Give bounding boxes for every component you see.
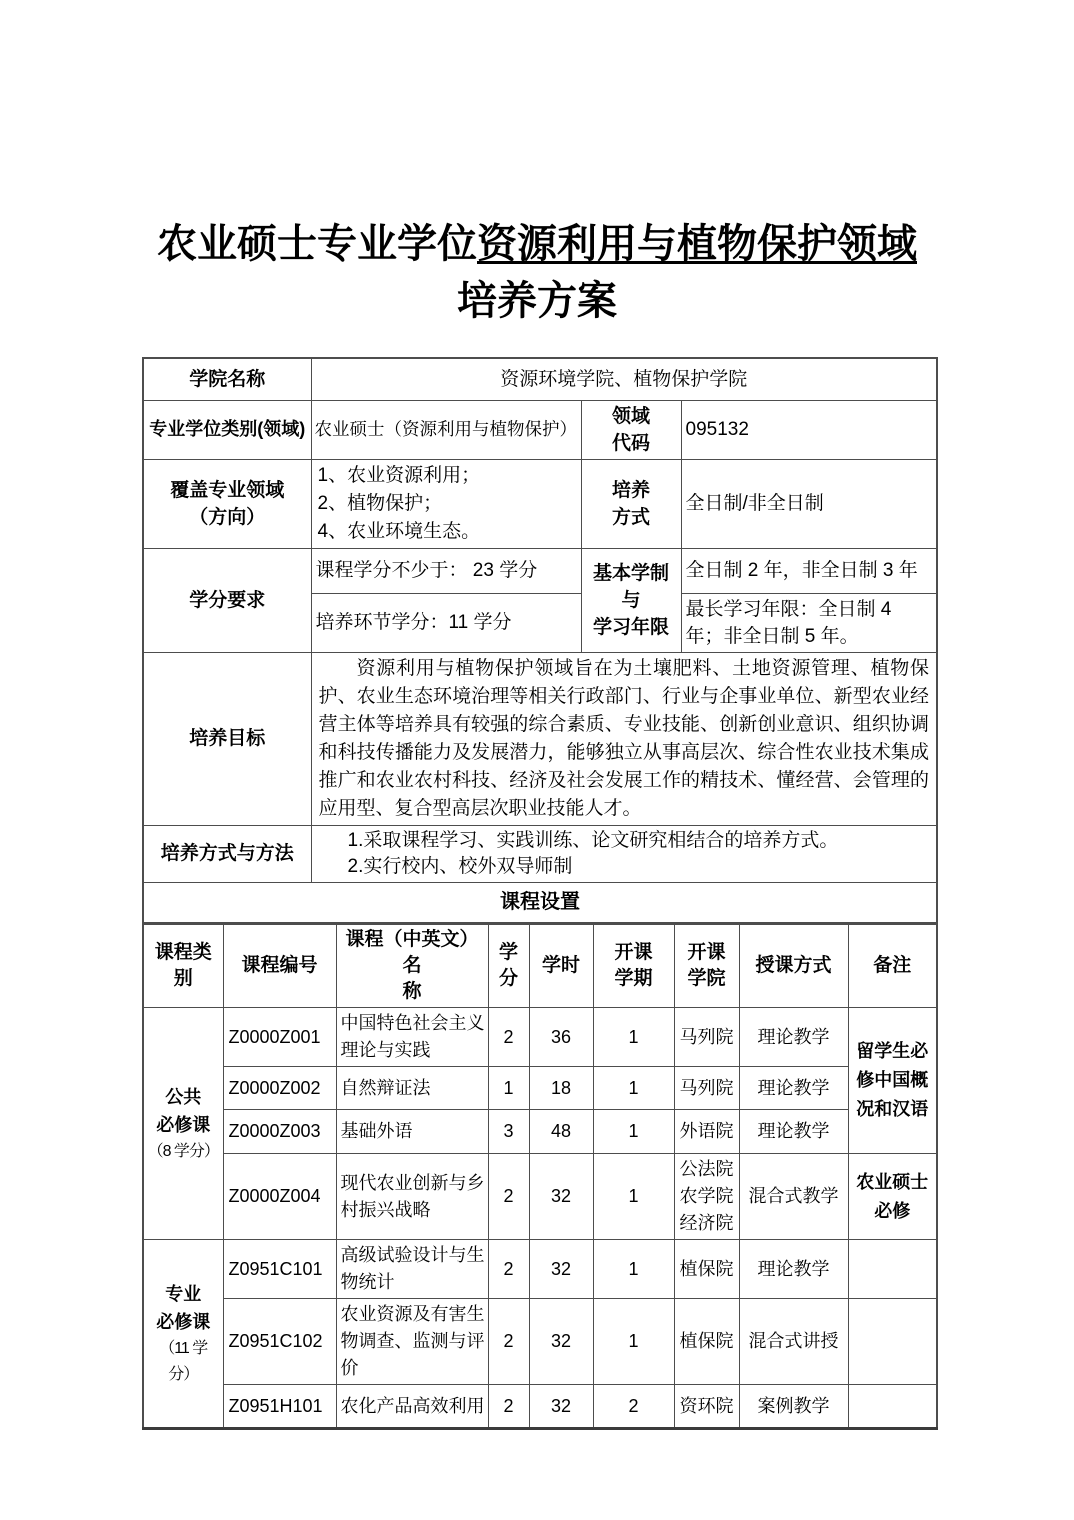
title-line-2: 培养方案 (0, 273, 1074, 330)
info-row-methods: 培养方式与方法 1.采取课程学习、实践训练、论文研究相结合的培养方式。 2.实行… (143, 825, 937, 882)
group-label: 公共 必修课 (145, 1083, 222, 1139)
header-semester: 开课 学期 (593, 924, 674, 1008)
course-semester: 1 (593, 1299, 674, 1385)
course-row: Z0000Z003 基础外语 3 48 1 外语院 理论教学 (143, 1110, 937, 1154)
header-course-name: 课程（中英文）名 称 (336, 924, 488, 1008)
course-method: 理论教学 (739, 1067, 848, 1110)
course-code: Z0951C101 (223, 1240, 336, 1299)
course-remark (848, 1240, 937, 1299)
course-hours: 32 (529, 1240, 593, 1299)
header-college: 开课 学院 (674, 924, 739, 1008)
course-hours: 32 (529, 1385, 593, 1429)
document-page: 农业硕士专业学位资源利用与植物保护领域 培养方案 学院名称 资源环境学院、植物保… (0, 0, 1074, 1520)
course-credits: 1 (488, 1067, 529, 1110)
course-credits: 2 (488, 1299, 529, 1385)
course-semester: 1 (593, 1110, 674, 1154)
course-college: 外语院 (674, 1110, 739, 1154)
course-credits: 2 (488, 1008, 529, 1067)
title-line-1: 农业硕士专业学位资源利用与植物保护领域 (0, 216, 1074, 273)
info-row-objective: 培养目标 资源利用与植物保护领域旨在为土壤肥料、土地资源管理、植物保护、农业生态… (143, 652, 937, 825)
course-code: Z0000Z001 (223, 1008, 336, 1067)
field-code-label: 领域 代码 (581, 400, 681, 459)
course-credits: 2 (488, 1154, 529, 1240)
course-semester: 1 (593, 1154, 674, 1240)
info-row-college: 学院名称 资源环境学院、植物保护学院 (143, 358, 937, 400)
course-group-public-required: 公共 必修课 （8 学分） (143, 1008, 223, 1240)
coverage-fields-list: 1、农业资源利用； 2、植物保护； 4、农业环境生态。 (311, 459, 581, 548)
courses-table: 课程类别 课程编号 课程（中英文）名 称 学 分 学时 开课 学期 开课 学院 … (142, 923, 938, 1430)
course-college: 植保院 (674, 1299, 739, 1385)
course-row: 专业 必修课 （11 学 分） Z0951C101 高级试验设计与生物统计 2 … (143, 1240, 937, 1299)
title-underlined-field: 资源利用与植物保护领域 (477, 222, 917, 266)
group-label: 专业 必修课 (145, 1280, 222, 1336)
course-method: 混合式讲授 (739, 1299, 848, 1385)
course-name: 自然辩证法 (336, 1067, 488, 1110)
info-table: 学院名称 资源环境学院、植物保护学院 专业学位类别(领域) 农业硕士（资源利用与… (142, 357, 938, 924)
course-semester: 2 (593, 1385, 674, 1429)
tables-container: 学院名称 资源环境学院、植物保护学院 专业学位类别(领域) 农业硕士（资源利用与… (142, 357, 936, 1430)
course-method: 理论教学 (739, 1110, 848, 1154)
course-semester: 1 (593, 1067, 674, 1110)
course-credits: 3 (488, 1110, 529, 1154)
document-title: 农业硕士专业学位资源利用与植物保护领域 培养方案 (0, 216, 1074, 330)
degree-category-label: 专业学位类别(领域) (143, 400, 311, 459)
course-college: 公法院 农学院 经济院 (674, 1154, 739, 1240)
credit-requirement-label: 学分要求 (143, 548, 311, 652)
coverage-fields-label: 覆盖专业领域 （方向） (143, 459, 311, 548)
course-remark (848, 1385, 937, 1429)
college-name-value: 资源环境学院、植物保护学院 (311, 358, 937, 400)
group-credits-note: （11 学 分） (145, 1336, 222, 1388)
course-college: 马列院 (674, 1067, 739, 1110)
title-line2-text: 培养方案 (457, 279, 617, 323)
course-name: 基础外语 (336, 1110, 488, 1154)
course-hours: 32 (529, 1299, 593, 1385)
group-credits-note: （8 学分） (145, 1139, 222, 1165)
course-row: Z0000Z002 自然辩证法 1 18 1 马列院 理论教学 (143, 1067, 937, 1110)
info-row-coverage: 覆盖专业领域 （方向） 1、农业资源利用； 2、植物保护； 4、农业环境生态。 … (143, 459, 937, 548)
field-code-value: 095132 (681, 400, 937, 459)
header-course-code: 课程编号 (223, 924, 336, 1008)
course-remark: 农业硕士必修 (848, 1154, 937, 1240)
course-hours: 48 (529, 1110, 593, 1154)
course-remark (848, 1299, 937, 1385)
course-row: Z0000Z004 现代农业创新与乡村振兴战略 2 32 1 公法院 农学院 经… (143, 1154, 937, 1240)
course-row: 公共 必修课 （8 学分） Z0000Z001 中国特色社会主义理论与实践 2 … (143, 1008, 937, 1067)
course-remark: 留学生必修中国概况和汉语 (848, 1008, 937, 1154)
course-credits: 2 (488, 1240, 529, 1299)
course-hours: 18 (529, 1067, 593, 1110)
header-teaching-method: 授课方式 (739, 924, 848, 1008)
course-setup-section-title: 课程设置 (143, 882, 937, 923)
course-code: Z0951C102 (223, 1299, 336, 1385)
course-credits-value: 课程学分不少于： 23 学分 (311, 548, 581, 593)
course-method: 理论教学 (739, 1240, 848, 1299)
course-code: Z0951H101 (223, 1385, 336, 1429)
schedule-basic-value: 全日制 2 年，非全日制 3 年 (681, 548, 937, 593)
course-semester: 1 (593, 1008, 674, 1067)
courses-header-row: 课程类别 课程编号 课程（中英文）名 称 学 分 学时 开课 学期 开课 学院 … (143, 924, 937, 1008)
info-row-section-header: 课程设置 (143, 882, 937, 923)
course-name: 现代农业创新与乡村振兴战略 (336, 1154, 488, 1240)
course-name: 中国特色社会主义理论与实践 (336, 1008, 488, 1067)
college-name-label: 学院名称 (143, 358, 311, 400)
course-hours: 32 (529, 1154, 593, 1240)
course-method: 混合式教学 (739, 1154, 848, 1240)
header-credits: 学 分 (488, 924, 529, 1008)
objective-text: 资源利用与植物保护领域旨在为土壤肥料、土地资源管理、植物保护、农业生态环境治理等… (311, 652, 937, 825)
course-name: 高级试验设计与生物统计 (336, 1240, 488, 1299)
study-mode-label: 培养 方式 (581, 459, 681, 548)
course-code: Z0000Z003 (223, 1110, 336, 1154)
methods-text: 1.采取课程学习、实践训练、论文研究相结合的培养方式。 2.实行校内、校外双导师… (311, 825, 937, 882)
methods-label: 培养方式与方法 (143, 825, 311, 882)
course-method: 案例教学 (739, 1385, 848, 1429)
course-name: 农业资源及有害生物调查、监测与评价 (336, 1299, 488, 1385)
info-row-credits-1: 学分要求 课程学分不少于： 23 学分 基本学制与 学习年限 全日制 2 年，非… (143, 548, 937, 593)
degree-category-value: 农业硕士（资源利用与植物保护） (311, 400, 581, 459)
course-method: 理论教学 (739, 1008, 848, 1067)
course-name: 农化产品高效利用 (336, 1385, 488, 1429)
training-credits-value: 培养环节学分：11 学分 (311, 593, 581, 652)
header-remark: 备注 (848, 924, 937, 1008)
schedule-label: 基本学制与 学习年限 (581, 548, 681, 652)
course-credits: 2 (488, 1385, 529, 1429)
course-group-major-required: 专业 必修课 （11 学 分） (143, 1240, 223, 1429)
course-hours: 36 (529, 1008, 593, 1067)
course-row: Z0951H101 农化产品高效利用 2 32 2 资环院 案例教学 (143, 1385, 937, 1429)
course-college: 马列院 (674, 1008, 739, 1067)
header-hours: 学时 (529, 924, 593, 1008)
title-prefix: 农业硕士专业学位 (157, 222, 477, 266)
course-college: 资环院 (674, 1385, 739, 1429)
course-semester: 1 (593, 1240, 674, 1299)
info-row-degree: 专业学位类别(领域) 农业硕士（资源利用与植物保护） 领域 代码 095132 (143, 400, 937, 459)
study-mode-value: 全日制/非全日制 (681, 459, 937, 548)
course-code: Z0000Z004 (223, 1154, 336, 1240)
header-course-category: 课程类别 (143, 924, 223, 1008)
schedule-max-value: 最长学习年限：全日制 4 年；非全日制 5 年。 (681, 593, 937, 652)
course-row: Z0951C102 农业资源及有害生物调查、监测与评价 2 32 1 植保院 混… (143, 1299, 937, 1385)
course-code: Z0000Z002 (223, 1067, 336, 1110)
objective-label: 培养目标 (143, 652, 311, 825)
course-college: 植保院 (674, 1240, 739, 1299)
